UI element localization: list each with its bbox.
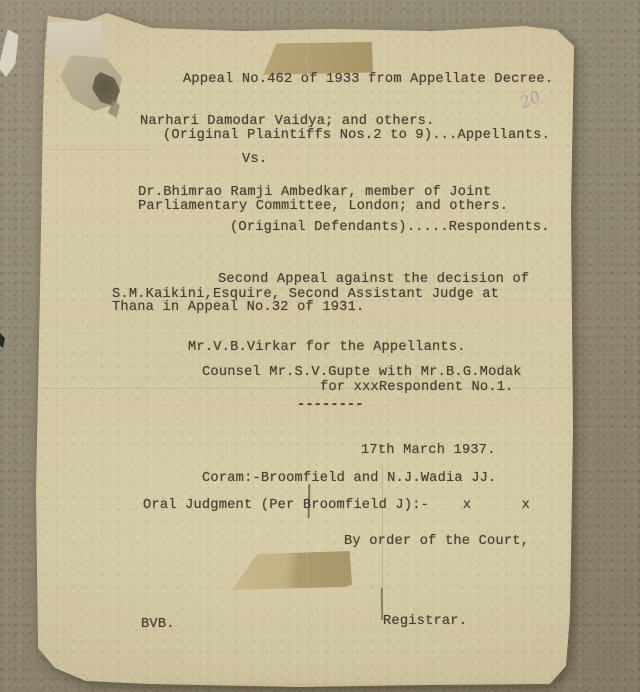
line-appeal-description-1: Second Appeal against the decision of [218,273,529,287]
line-judgment-date: 17th March 1937. [361,444,496,458]
line-separator-dashes: -------- [297,399,364,413]
typewritten-text-layer: Appeal No.462 of 1933 from Appellate Dec… [0,0,640,692]
line-versus: Vs. [242,153,267,167]
line-case-header: Appeal No.462 of 1933 from Appellate Dec… [183,73,553,87]
line-appellants-designation: (Original Plaintiffs Nos.2 to 9)...Appel… [163,129,550,143]
line-respondents-designation: (Original Defendants).....Respondents. [230,221,550,235]
line-typist-initials: BVB. [141,618,175,632]
line-appeal-description-3: Thana in Appeal No.32 of 1931. [112,301,364,315]
line-judgment-heading: Oral Judgment (Per Broomfield J):- x x [143,499,530,513]
line-by-order: By order of the Court, [344,535,529,549]
line-respondents-names-1: Dr.Bhimrao Ramji Ambedkar, member of Joi… [138,186,491,200]
line-counsel-respondent-1: Counsel Mr.S.V.Gupte with Mr.B.G.Modak [202,366,522,380]
line-coram: Coram:-Broomfield and N.J.Wadia JJ. [202,472,496,486]
line-counsel-appellants: Mr.V.B.Virkar for the Appellants. [188,341,466,355]
line-respondents-names-2: Parliamentary Committee, London; and oth… [138,200,508,214]
line-counsel-respondent-2: for xxxRespondent No.1. [320,381,514,395]
scanned-court-document-page: Appeal No.462 of 1933 from Appellate Dec… [0,0,640,692]
line-registrar-signature: Registrar. [383,615,467,629]
line-appellants-names: Narhari Damodar Vaidya; and others. [140,115,434,129]
